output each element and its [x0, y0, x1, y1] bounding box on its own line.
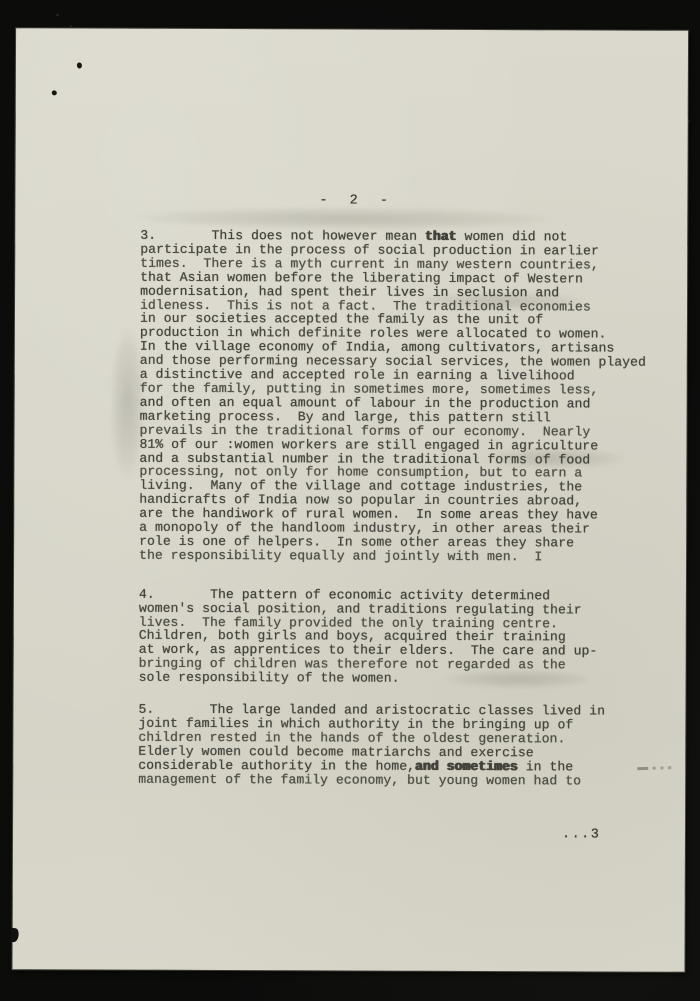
dust-speck [70, 25, 72, 27]
overstruck-word: that [425, 229, 457, 244]
paragraph: 5. The large landed and aristocratic cla… [138, 703, 668, 788]
paragraph: 4. The pattern of economic activity dete… [139, 587, 669, 686]
dust-speck [56, 14, 59, 16]
page-continuation-mark: ...3 [562, 827, 600, 842]
document-page: - 2 - 3. This does not however mean that… [12, 28, 688, 972]
text-line: sole responsibility of the women. [139, 671, 669, 687]
text-line: the responsibility equally and jointly w… [139, 549, 669, 565]
paragraph: 3. This does not however mean that women… [139, 229, 670, 565]
bleed-through-smudge [135, 207, 555, 231]
dust-speck [688, 120, 690, 123]
paper-edge-notch [10, 928, 20, 943]
ink-speck [77, 62, 82, 68]
overstruck-word: and sometimes [415, 758, 518, 773]
typewritten-text: 3. This does not however mean that women… [138, 229, 670, 789]
text-line: management of the family economy, but yo… [138, 772, 668, 788]
ink-speck [52, 90, 57, 95]
page-number: - 2 - [319, 193, 395, 208]
